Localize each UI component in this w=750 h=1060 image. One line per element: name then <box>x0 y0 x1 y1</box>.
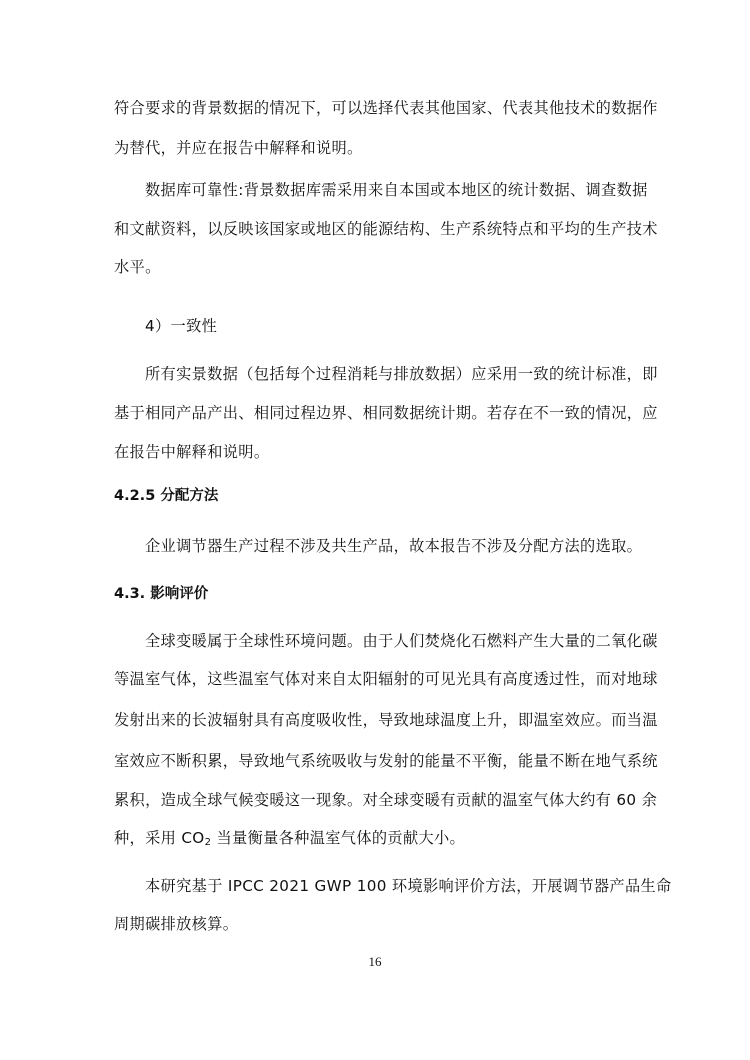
paragraph-line: 为替代，并应在报告中解释和说明。 <box>114 138 634 158</box>
line-text: 当量衡量各种温室气体的贡献大小。 <box>211 829 465 847</box>
line-text: 种，采用 CO <box>114 829 205 847</box>
paragraph-line: 种，采用 CO2 当量衡量各种温室气体的贡献大小。 <box>114 828 634 853</box>
paragraph-line: 发射出来的长波辐射具有高度吸收性，导致地球温度上升，即温室效应。而当温 <box>114 710 634 730</box>
page-number: 16 <box>0 954 750 970</box>
paragraph-line: 数据库可靠性:背景数据库需采用来自本国或本地区的统计数据、调查数据 <box>145 180 634 200</box>
list-item-consistency: 4）一致性 <box>145 316 634 336</box>
paragraph-line: 基于相同产品产出、相同过程边界、相同数据统计期。若存在不一致的情况，应 <box>114 403 634 423</box>
paragraph-line: 在报告中解释和说明。 <box>114 442 634 462</box>
paragraph-line: 企业调节器生产过程不涉及共生产品，故本报告不涉及分配方法的选取。 <box>145 536 634 556</box>
paragraph-line: 全球变暖属于全球性环境问题。由于人们焚烧化石燃料产生大量的二氧化碳 <box>145 631 634 651</box>
paragraph-line: 所有实景数据（包括每个过程消耗与排放数据）应采用一致的统计标准，即 <box>145 364 634 384</box>
section-heading-4-2-5: 4.2.5 分配方法 <box>114 486 634 506</box>
paragraph-line: 和文献资料，以反映该国家或地区的能源结构、生产系统特点和平均的生产技术 <box>114 219 634 239</box>
paragraph-line: 室效应不断积累，导致地气系统吸收与发射的能量不平衡，能量不断在地气系统 <box>114 751 634 771</box>
paragraph-line: 本研究基于 IPCC 2021 GWP 100 环境影响评价方法，开展调节器产品… <box>145 876 634 896</box>
paragraph-line: 周期碳排放核算。 <box>114 914 634 934</box>
paragraph-line: 等温室气体，这些温室气体对来自太阳辐射的可见光具有高度透过性，而对地球 <box>114 669 634 689</box>
paragraph-line: 水平。 <box>114 257 634 277</box>
document-page: 符合要求的背景数据的情况下，可以选择代表其他国家、代表其他技术的数据作 为替代，… <box>0 0 750 1060</box>
paragraph-line: 累积，造成全球气候变暖这一现象。对全球变暖有贡献的温室气体大约有 60 余 <box>114 790 634 810</box>
section-heading-4-3: 4.3. 影响评价 <box>114 584 634 604</box>
paragraph-line: 符合要求的背景数据的情况下，可以选择代表其他国家、代表其他技术的数据作 <box>114 98 634 118</box>
